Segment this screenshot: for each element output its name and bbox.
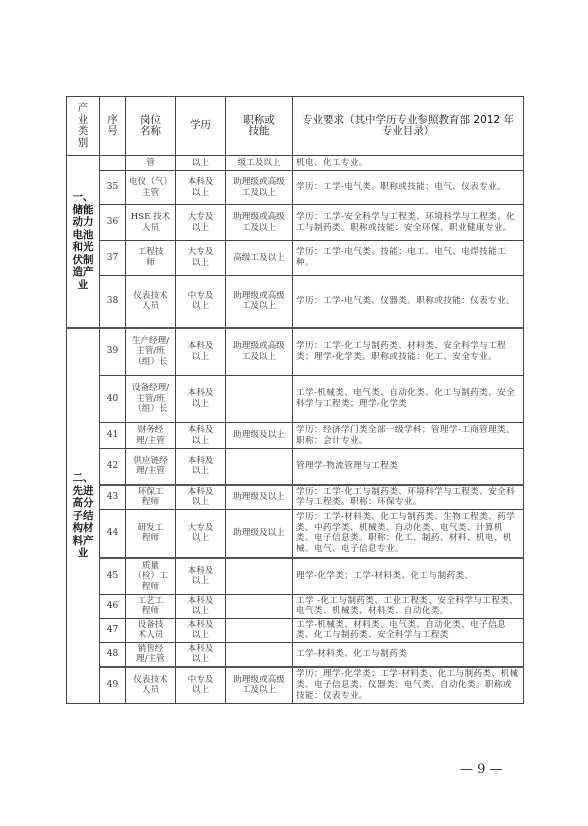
row-requirement: 学历：经济学门类全部一级学科；管理学-工商管理类。职称：会计专业。 — [293, 423, 524, 449]
header-education: 学历 — [176, 97, 226, 156]
row-education: 大专及以上 — [176, 241, 226, 276]
row-position: 销售经理/主管 — [126, 643, 176, 667]
row-position: 工艺工程师 — [126, 594, 176, 618]
row-education: 本科及以上 — [176, 423, 226, 449]
row-no: 39 — [100, 328, 126, 376]
row-education: 本科及以上 — [176, 558, 226, 594]
row-title: 助理级及以上 — [226, 423, 293, 449]
table-row: 38 仪表技术人员 中专及以上 助理级或高级工及以上 学历：工学-电气类、仪器类… — [67, 276, 524, 328]
table-row: 37 工程技师 大专及以上 高级工及以上 学历：工学-电气类。技能：电工、电气、… — [67, 241, 524, 276]
row-position: 仪表技术人员 — [126, 667, 176, 704]
row-position: 管 — [126, 156, 176, 171]
row-education: 本科及以上 — [176, 485, 226, 510]
table-row: 48 销售经理/主管 本科及以上 工学-材料类、化工与制药类 — [67, 643, 524, 667]
row-requirement: 工学-机械类、材料类、电气类、自动化类、电子信息类、化工与制药类、安全科学与工程… — [293, 618, 524, 642]
row-education: 本科及以上 — [176, 449, 226, 485]
row-education: 本科及以上 — [176, 171, 226, 205]
table-row: 47 设备技术人员 本科及以上 工学-机械类、材料类、电气类、自动化类、电子信息… — [67, 618, 524, 642]
row-position: 工程技师 — [126, 241, 176, 276]
table-row: 41 财务经理/主管 本科及以上 助理级及以上 学历：经济学门类全部一级学科；管… — [67, 423, 524, 449]
table-row: 46 工艺工程师 本科及以上 工学 -化工与制药类、工业工程类、安全科学与工程类… — [67, 594, 524, 618]
row-requirement: 管理学-物流管理与工程类 — [293, 449, 524, 485]
row-no: 48 — [100, 643, 126, 667]
row-no: 42 — [100, 449, 126, 485]
row-title — [226, 594, 293, 618]
row-no: 44 — [100, 509, 126, 558]
row-position: 环保工程师 — [126, 485, 176, 510]
row-title: 助理级或高级工及以上 — [226, 205, 293, 241]
row-requirement: 工学-机械类、电气类、自动化类、化工与制药类、安全科学与工程类；理学-化学类 — [293, 376, 524, 423]
row-requirement: 理学-化学类；工学-材料类、化工与制药类、 — [293, 558, 524, 594]
row-no: 43 — [100, 485, 126, 510]
row-education: 本科及以上 — [176, 328, 226, 376]
row-title: 高级工及以上 — [226, 241, 293, 276]
row-requirement: 学历：工学-电气类。职称或技能：电气、仪表专业。 — [293, 171, 524, 205]
row-requirement: 工学-材料类、化工与制药类 — [293, 643, 524, 667]
row-position: 设备经理/主管/班（组）长 — [126, 376, 176, 423]
row-no: 35 — [100, 171, 126, 205]
row-requirement: 学历：工学-安全科学与工程类、环境科学与工程类、化工与制药类。职称或技能：安全环… — [293, 205, 524, 241]
row-title — [226, 618, 293, 642]
row-title — [226, 449, 293, 485]
row-position: 质量（检）工程师 — [126, 558, 176, 594]
row-requirement: 学历：工学-化工与制药类、材料类、安全科学与工程类；理学-化学类。职称或技能：化… — [293, 328, 524, 376]
row-position: 供应链经理/主管 — [126, 449, 176, 485]
row-education: 本科及以上 — [176, 594, 226, 618]
row-requirement: 机电、化工专业。 — [293, 156, 524, 171]
table-row: 40 设备经理/主管/班（组）长 本科及以上 工学-机械类、电气类、自动化类、化… — [67, 376, 524, 423]
table-row: 44 研发工程师 大专及以上 助理级及以上 学历：工学-材料类、化工与制药类、生… — [67, 509, 524, 558]
row-position: 仪表技术人员 — [126, 276, 176, 328]
table-row: 二、先进高分子结构材料产业 39 生产经理/主管/班（组）长 本科及以上 助理级… — [67, 328, 524, 376]
row-title: 助理级或高级工及以上 — [226, 171, 293, 205]
table-row: 35 电仪（气）主管 本科及以上 助理级或高级工及以上 学历：工学-电气类。职称… — [67, 171, 524, 205]
row-education: 大专及以上 — [176, 205, 226, 241]
row-position: 生产经理/主管/班（组）长 — [126, 328, 176, 376]
table-row: 42 供应链经理/主管 本科及以上 管理学-物流管理与工程类 — [67, 449, 524, 485]
jobs-table: 产业类别 序号 岗位名称 学历 职称或技能 专业要求（其中学历专业参照教育部 2… — [66, 96, 524, 704]
row-position: 电仪（气）主管 — [126, 171, 176, 205]
table-row: 49 仪表技术人员 中专及以上 助理级或高级工及以上 学历：理学-化学类；工学-… — [67, 667, 524, 704]
row-title: 助理级或高级工及以上 — [226, 328, 293, 376]
row-position: 财务经理/主管 — [126, 423, 176, 449]
header-category: 产业类别 — [67, 97, 100, 156]
header-requirement: 专业要求（其中学历专业参照教育部 2012 年专业目录） — [293, 97, 524, 156]
page-number: — 9 — — [460, 762, 503, 777]
row-position: HSE 技术人员 — [126, 205, 176, 241]
row-title: 助理级及以上 — [226, 485, 293, 510]
row-no: 40 — [100, 376, 126, 423]
row-no: 49 — [100, 667, 126, 704]
table-header-row: 产业类别 序号 岗位名称 学历 职称或技能 专业要求（其中学历专业参照教育部 2… — [67, 97, 524, 156]
row-title: 助理级或高级工及以上 — [226, 667, 293, 704]
table-row: 一、储能动力电池和光伏制造产业 管 以上 级工及以上 机电、化工专业。 — [67, 156, 524, 171]
row-position: 设备技术人员 — [126, 618, 176, 642]
row-no: 47 — [100, 618, 126, 642]
table-row: 45 质量（检）工程师 本科及以上 理学-化学类；工学-材料类、化工与制药类、 — [67, 558, 524, 594]
row-title: 助理级或高级工及以上 — [226, 276, 293, 328]
row-requirement: 学历：理学-化学类；工学-材料类、化工与制药类、机械类、电子信息类、仪器类、电气… — [293, 667, 524, 704]
row-requirement: 学历：工学-化工与制药类、环境科学与工程类、安全科学与工程类。职称：环保专业。 — [293, 485, 524, 510]
row-title — [226, 558, 293, 594]
row-title: 级工及以上 — [226, 156, 293, 171]
row-education: 以上 — [176, 156, 226, 171]
row-title: 助理级及以上 — [226, 509, 293, 558]
category-cell: 二、先进高分子结构材料产业 — [67, 328, 100, 704]
row-requirement: 学历：工学-电气类、仪器类。职称或技能：仪表专业。 — [293, 276, 524, 328]
table-row: 36 HSE 技术人员 大专及以上 助理级或高级工及以上 学历：工学-安全科学与… — [67, 205, 524, 241]
row-no: 46 — [100, 594, 126, 618]
row-education: 中专及以上 — [176, 276, 226, 328]
row-no: 36 — [100, 205, 126, 241]
row-no: 37 — [100, 241, 126, 276]
category-cell: 一、储能动力电池和光伏制造产业 — [67, 156, 100, 328]
row-requirement: 工学 -化工与制药类、工业工程类、安全科学与工程类、电气类、机械类、材料类、自动… — [293, 594, 524, 618]
row-no: 38 — [100, 276, 126, 328]
row-education: 本科及以上 — [176, 643, 226, 667]
header-title: 职称或技能 — [226, 97, 293, 156]
row-position: 研发工程师 — [126, 509, 176, 558]
row-no — [100, 156, 126, 171]
row-education: 本科及以上 — [176, 376, 226, 423]
table-row: 43 环保工程师 本科及以上 助理级及以上 学历：工学-化工与制药类、环境科学与… — [67, 485, 524, 510]
header-position: 岗位名称 — [126, 97, 176, 156]
row-title — [226, 376, 293, 423]
row-requirement: 学历：工学-材料类、化工与制药类、生物工程类、药学类、中药学类、机械类、自动化类… — [293, 509, 524, 558]
row-title — [226, 643, 293, 667]
row-no: 45 — [100, 558, 126, 594]
document-page: 产业类别 序号 岗位名称 学历 职称或技能 专业要求（其中学历专业参照教育部 2… — [0, 0, 588, 826]
row-requirement: 学历：工学-电气类。技能：电工、电气、电焊技能工种。 — [293, 241, 524, 276]
row-education: 本科及以上 — [176, 618, 226, 642]
header-no: 序号 — [100, 97, 126, 156]
row-education: 中专及以上 — [176, 667, 226, 704]
row-education: 大专及以上 — [176, 509, 226, 558]
row-no: 41 — [100, 423, 126, 449]
